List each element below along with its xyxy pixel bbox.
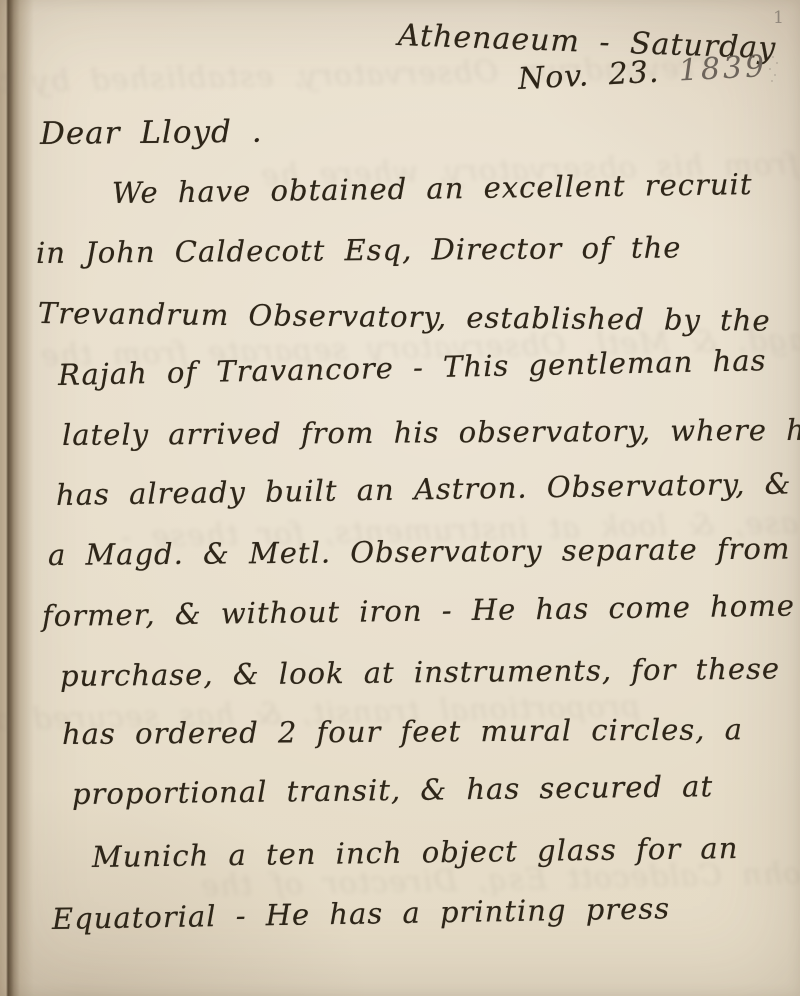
handwritten-line: proportional transit, & has secured at	[72, 769, 714, 811]
handwritten-line: purchase, & look at instruments, for the…	[60, 651, 800, 693]
handwritten-line: former, & without iron - He has come hom…	[42, 588, 800, 633]
handwritten-line: Trevandrum Observatory, established by t…	[38, 296, 771, 338]
page-number: 1	[773, 8, 784, 28]
handwritten-line: has already built an Astron. Observatory…	[56, 466, 792, 512]
binding-edge	[0, 0, 34, 996]
handwritten-line: a Magd. & Metl. Observatory separate fro…	[48, 531, 800, 572]
salutation: Dear Lloyd .	[40, 114, 263, 152]
handwritten-line: lately arrived from his observatory, whe…	[62, 413, 800, 452]
heading-date-text: Nov. 23.	[517, 55, 660, 97]
handwritten-line: Equatorial - He has a printing press	[52, 891, 671, 936]
heading-year: 1839	[678, 49, 768, 89]
handwritten-line: in John Caldecott Esq, Director of the	[36, 230, 682, 270]
letter-page: Trevandrum Observatory, established by t…	[0, 0, 800, 996]
handwritten-line: has ordered 2 four feet mural circles, a	[62, 712, 743, 751]
handwritten-line: We have obtained an excellent recruit	[112, 167, 753, 210]
